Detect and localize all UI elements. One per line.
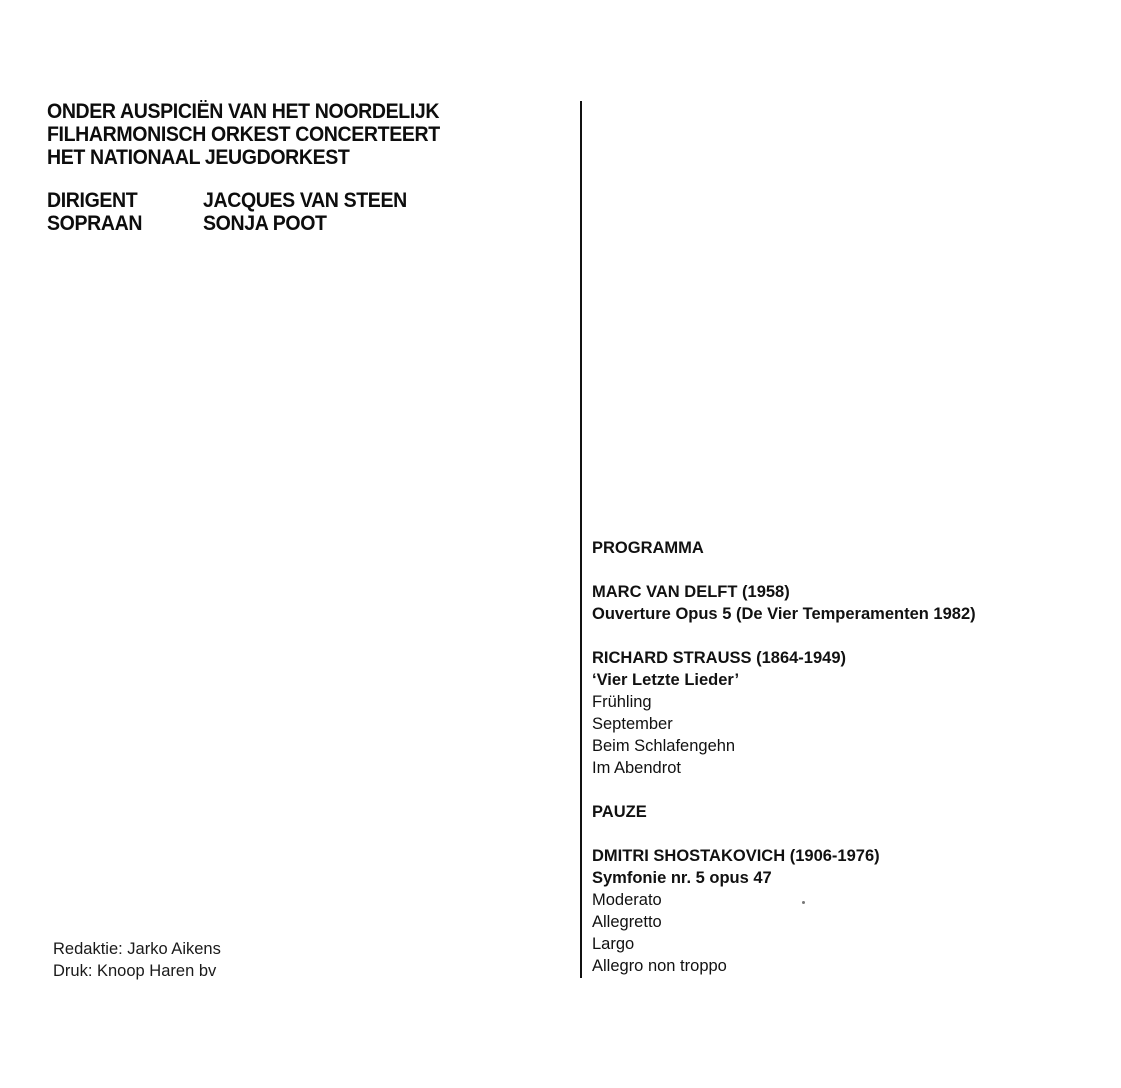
credit-soprano: SOPRAAN SONJA POOT: [47, 212, 422, 235]
programme-piece-van-delft: MARC VAN DELFT (1958) Ouverture Opus 5 (…: [592, 581, 976, 625]
credit-name: SONJA POOT: [203, 212, 327, 235]
composer-line: MARC VAN DELFT (1958): [592, 581, 976, 603]
composer-name: RICHARD STRAUSS: [592, 649, 752, 667]
work-title: Symfonie nr. 5 opus 47: [592, 867, 976, 889]
composer-line: DMITRI SHOSTAKOVICH (1906-1976): [592, 845, 976, 867]
intermission-label: PAUZE: [592, 801, 976, 823]
performer-credits: DIRIGENT JACQUES VAN STEEN SOPRAAN SONJA…: [47, 189, 422, 235]
credit-conductor: DIRIGENT JACQUES VAN STEEN: [47, 189, 422, 212]
composer-line: RICHARD STRAUSS (1864-1949): [592, 647, 976, 669]
movement: Im Abendrot: [592, 757, 976, 779]
movement: Largo: [592, 933, 976, 955]
composer-dates: (1958): [742, 583, 790, 601]
concert-heading: ONDER AUSPICIËN VAN HET NOORDELIJK FILHA…: [47, 100, 567, 169]
print-speck: [802, 901, 805, 904]
programme-title: PROGRAMMA: [592, 537, 976, 559]
credit-role: DIRIGENT: [47, 189, 192, 212]
colophon: Redaktie: Jarko Aikens Druk: Knoop Haren…: [53, 938, 221, 982]
programme: PROGRAMMA MARC VAN DELFT (1958) Ouvertur…: [592, 537, 976, 999]
heading-line-2: FILHARMONISCH ORKEST CONCERTEERT: [47, 123, 531, 146]
colophon-printer: Druk: Knoop Haren bv: [53, 960, 221, 982]
composer-name: DMITRI SHOSTAKOVICH: [592, 847, 785, 865]
movement: Allegretto: [592, 911, 976, 933]
movement: September: [592, 713, 976, 735]
work-title: Ouverture Opus 5 (De Vier Temperamenten …: [592, 603, 976, 625]
work-title: ‘Vier Letzte Lieder’: [592, 669, 976, 691]
credit-name: JACQUES VAN STEEN: [203, 189, 407, 212]
composer-dates: (1906-1976): [790, 847, 880, 865]
movement: Frühling: [592, 691, 976, 713]
heading-line-3: HET NATIONAAL JEUGDORKEST: [47, 146, 531, 169]
programme-piece-strauss: RICHARD STRAUSS (1864-1949) ‘Vier Letzte…: [592, 647, 976, 779]
heading-line-1: ONDER AUSPICIËN VAN HET NOORDELIJK: [47, 100, 531, 123]
column-divider: [580, 101, 582, 978]
programme-piece-shostakovich: DMITRI SHOSTAKOVICH (1906-1976) Symfonie…: [592, 845, 976, 977]
movement: Moderato: [592, 889, 976, 911]
credit-role: SOPRAAN: [47, 212, 192, 235]
movement: Allegro non troppo: [592, 955, 976, 977]
composer-dates: (1864-1949): [756, 649, 846, 667]
composer-name: MARC VAN DELFT: [592, 583, 737, 601]
movement: Beim Schlafengehn: [592, 735, 976, 757]
colophon-editor: Redaktie: Jarko Aikens: [53, 938, 221, 960]
